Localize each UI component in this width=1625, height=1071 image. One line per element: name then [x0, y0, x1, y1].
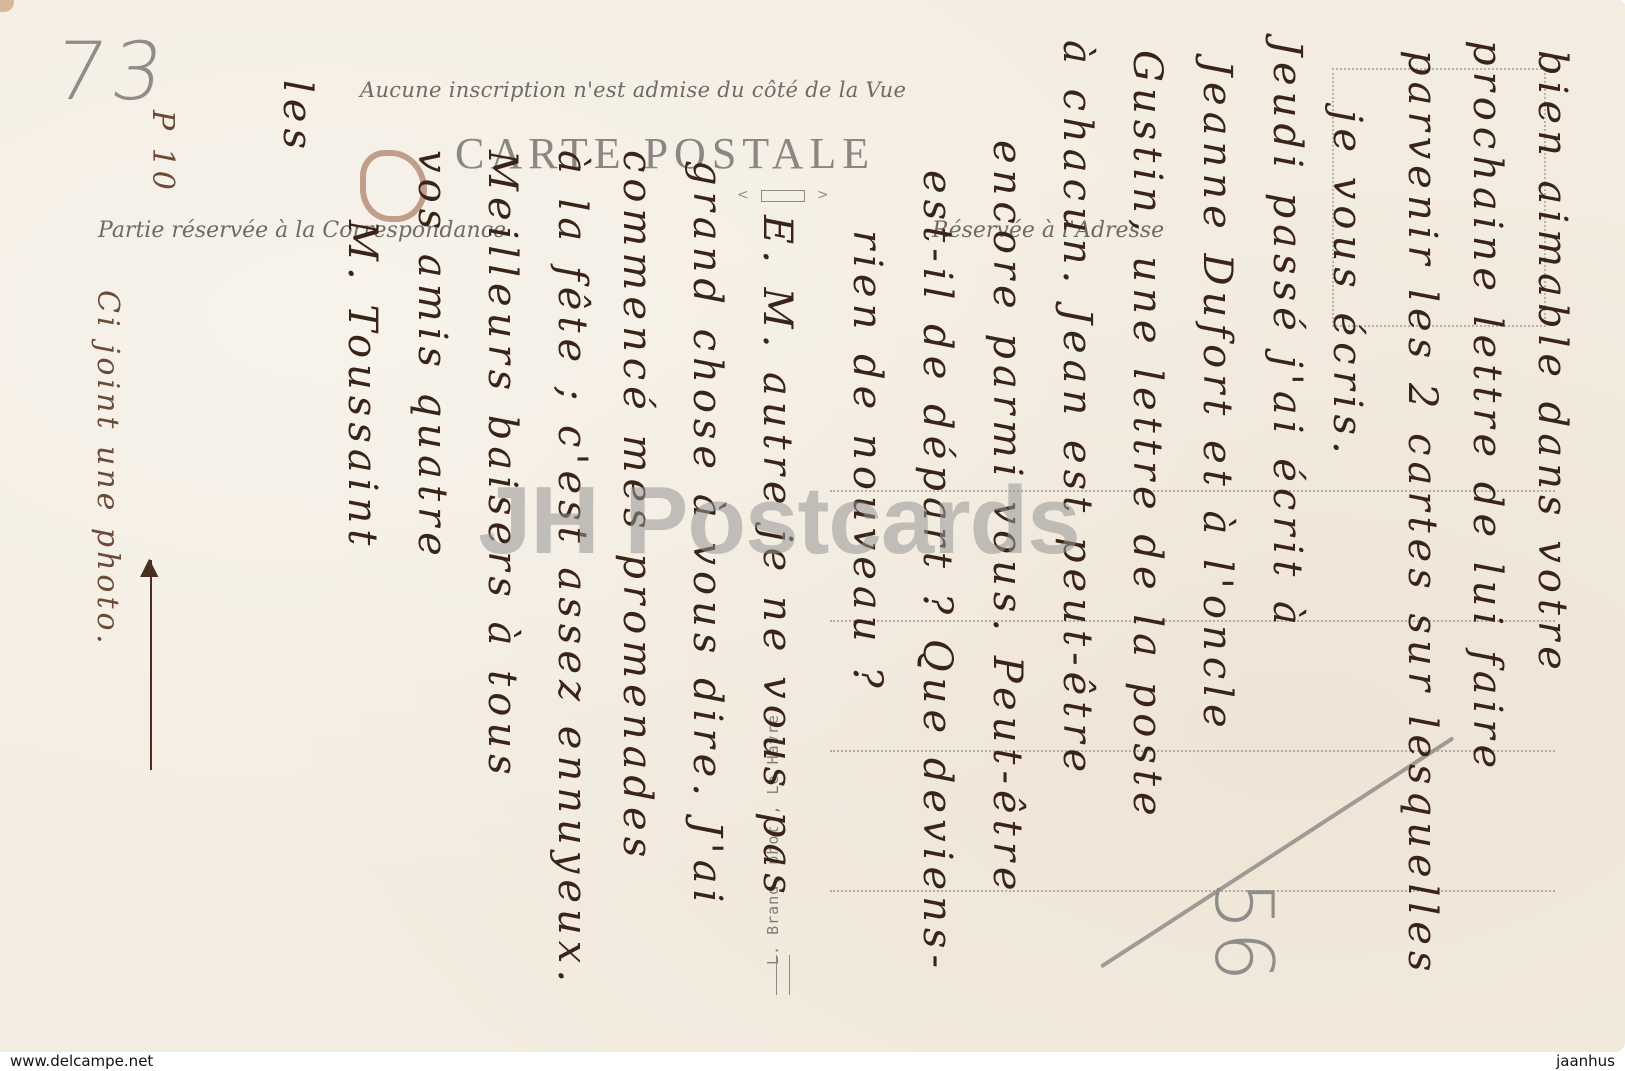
margin-note: Ci joint une photo.: [90, 290, 125, 648]
divider-rule: [776, 955, 790, 995]
handwriting-line: parvenir les 2 cartes sur lesquelles: [1399, 50, 1445, 977]
watermark-jh-postcards: JH Postcards: [478, 466, 1080, 576]
margin-code: P 10: [145, 110, 180, 194]
watermark-jaanhus: jaanhus: [1556, 1052, 1615, 1070]
handwriting-line: M. Toussaint: [339, 220, 385, 551]
pencil-number-top-left: 73: [48, 25, 175, 118]
handwriting-line: rien de nouveau ?: [844, 230, 890, 694]
postcard-back: Aucune inscription n'est admise du côté …: [0, 0, 1625, 1052]
handwriting-line: Gustin, une lettre de la poste: [1124, 50, 1170, 822]
handwriting-line: les: [274, 80, 320, 155]
watermark-delcampe: www.delcampe.net: [10, 1052, 153, 1070]
ornament-right-icon: >: [817, 187, 829, 203]
handwriting-line: Jeanne Dufort et à l'oncle: [1194, 60, 1240, 734]
ornament-box: [761, 190, 805, 202]
handwriting-line: Jeudi passé j'ai écrit à: [1264, 40, 1310, 631]
arrow-line: [150, 560, 152, 770]
title-ornament: < >: [733, 190, 833, 202]
handwriting-line: à chacun. Jean est peut-être: [1054, 40, 1100, 778]
handwriting-line: prochaine lettre de lui faire: [1464, 40, 1510, 774]
ornament-left-icon: <: [737, 187, 749, 203]
printed-notice: Aucune inscription n'est admise du côté …: [360, 78, 906, 102]
card-corner: [0, 0, 14, 12]
handwriting-line: je vous écris.: [1324, 110, 1370, 460]
handwriting-line: bien aimable dans votre: [1529, 50, 1575, 676]
handwriting-line: vos amis quatre: [409, 150, 455, 562]
